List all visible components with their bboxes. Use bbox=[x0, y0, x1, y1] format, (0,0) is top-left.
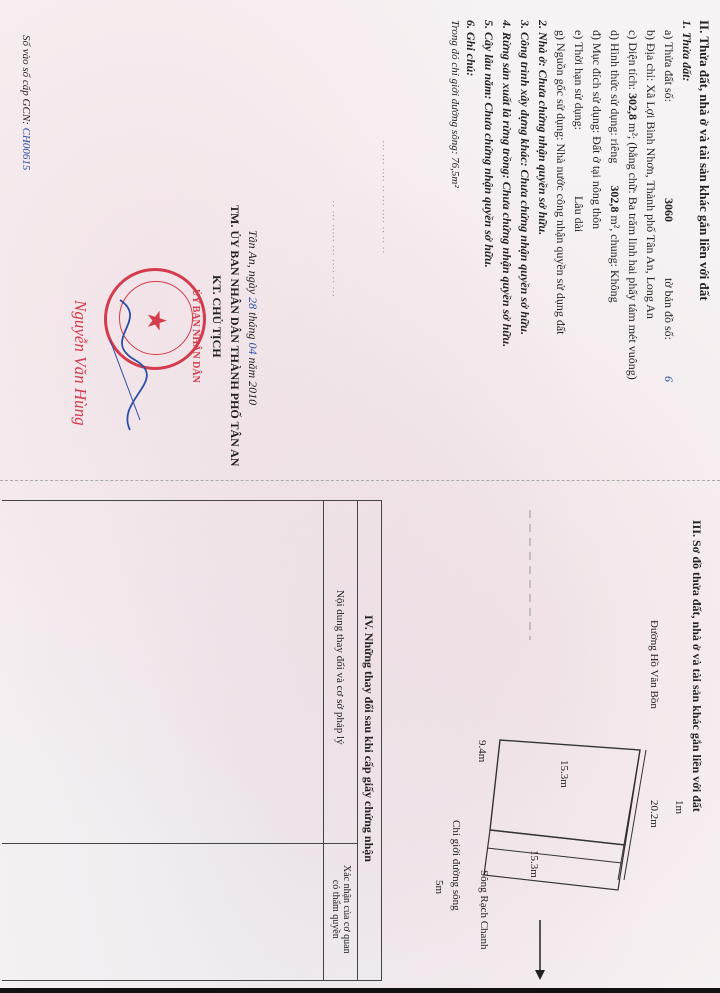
parcel-number-label: a) Thửa đất số: bbox=[662, 30, 676, 102]
dim-gap: 1m bbox=[673, 800, 685, 814]
purpose-value: Đất ở tại nông thôn bbox=[590, 136, 604, 229]
table-title-divider bbox=[357, 500, 358, 980]
bleed-through-text: ·· ·· ·· ···· ··· ·· ···· ··· ··· bbox=[378, 140, 390, 254]
term-row: e) Thời hạn sử dụng: Lâu dài bbox=[571, 30, 586, 232]
area-row: c) Diện tích: 302,8 m²; (bằng chữ: Ba tr… bbox=[625, 30, 640, 380]
place-date: Tân An, ngày 28 tháng 04 năm 2010 bbox=[245, 230, 260, 405]
dim-left: 9.4m bbox=[476, 740, 488, 762]
map-sheet-value: 6 bbox=[662, 376, 676, 382]
table-left-border bbox=[2, 500, 382, 501]
dim-setback: 5m bbox=[433, 880, 445, 894]
purpose-label: đ) Mục đích sử dụng: bbox=[590, 30, 604, 133]
column-confirmation-header: Xác nhận của cơ quan có thẩm quyền bbox=[330, 865, 352, 954]
dim-right: 20.2m bbox=[648, 800, 660, 828]
confirmation-line-1: Xác nhận của cơ quan bbox=[341, 865, 352, 954]
dim-top: 15.3m bbox=[558, 760, 570, 788]
signer-role: KT. CHỦ TỊCH bbox=[209, 275, 224, 358]
issue-year: năm 2010 bbox=[246, 357, 260, 405]
section-ii-title: II. Thửa đất, nhà ở và tài sản khác gắn … bbox=[696, 20, 712, 301]
forest-status: 4. Rừng sản xuất là rừng trồng: Chưa chứ… bbox=[499, 20, 514, 347]
map-sheet-label: tờ bản đồ số: bbox=[662, 278, 676, 340]
usage-shared-value: Không bbox=[608, 270, 622, 303]
area-label: c) Diện tích: bbox=[626, 30, 640, 90]
house-status: 2. Nhà ở: Chưa chứng nhận quyền sở hữu. bbox=[535, 20, 550, 235]
perennial-status: 5. Cây lâu năm: Chưa chứng nhận quyền sở… bbox=[481, 20, 496, 268]
address-value: Xã Lợi Bình Nhơn, Thành phố Tân An, Long… bbox=[644, 84, 658, 319]
registry-row: Số vào sổ cấp GCN: CH00615 bbox=[20, 35, 32, 170]
month-label: tháng bbox=[246, 312, 260, 339]
issue-day: 28 bbox=[246, 297, 260, 309]
parcel-number-row: a) Thửa đất số: 3060 tờ bản đồ số: 6 bbox=[661, 30, 676, 382]
signature-scribble bbox=[90, 300, 160, 440]
issue-month: 04 bbox=[246, 342, 260, 354]
river-boundary-label: Chỉ giới đường sông bbox=[450, 820, 462, 911]
term-label: e) Thời hạn sử dụng: bbox=[572, 30, 586, 130]
notes-value: Trong đó chỉ giới đường sông: 76,5m² bbox=[449, 20, 461, 188]
usage-shared-label: m², chung: bbox=[608, 215, 622, 267]
usage-form-row: d) Hình thức sử dụng: riêng 302,8 m², ch… bbox=[607, 30, 622, 303]
land-heading: 1. Thửa đất: bbox=[679, 20, 694, 82]
bottom-edge bbox=[0, 988, 720, 993]
issuing-org: TM. ỦY BAN NHÂN DÂN THÀNH PHỐ TÂN AN bbox=[227, 205, 242, 466]
parcel-number-value: 3060 bbox=[662, 198, 676, 222]
river-label: Sông Rạch Chanh bbox=[478, 870, 490, 949]
registry-label: Số vào sổ cấp GCN: bbox=[20, 35, 32, 125]
notes-heading: 6. Ghi chú: bbox=[463, 20, 478, 76]
bleed-through-text: ··· ·· ···· ··· ····· ··· ·· bbox=[328, 200, 340, 297]
section-iii-title: III. Sơ đồ thửa đất, nhà ở và tài sản kh… bbox=[689, 520, 704, 812]
purpose-row: đ) Mục đích sử dụng: Đất ở tại nông thôn bbox=[589, 30, 604, 229]
confirmation-line-2: có thẩm quyền bbox=[330, 865, 341, 954]
other-construction-status: 3. Công trình xây dựng khác: Chưa chứng … bbox=[517, 20, 532, 335]
parcel-sketch bbox=[470, 500, 690, 980]
certificate-page: II. Thửa đất, nhà ở và tài sản khác gắn … bbox=[0, 0, 720, 993]
origin-label: g) Nguồn gốc sử dụng: bbox=[554, 30, 568, 141]
usage-form-label: d) Hình thức sử dụng: riêng bbox=[608, 30, 622, 163]
rotated-document: II. Thửa đất, nhà ở và tài sản khác gắn … bbox=[0, 0, 720, 993]
road-label: Đường Hồ Văn Bồn bbox=[648, 620, 660, 709]
address-label: b) Địa chỉ: bbox=[644, 30, 658, 81]
stamp-text: ỦY BAN NHÂN DÂN bbox=[190, 289, 201, 383]
fold-line bbox=[0, 480, 720, 482]
area-unit-words: m²; (bằng chữ: Ba trăm linh hai phẩy tám… bbox=[626, 123, 640, 380]
registry-value: CH00615 bbox=[20, 128, 32, 171]
table-header-divider bbox=[323, 500, 324, 980]
table-right-border bbox=[2, 980, 382, 981]
area-value: 302,8 bbox=[626, 93, 640, 120]
origin-row: g) Nguồn gốc sử dụng: Nhà nước công nhận… bbox=[553, 30, 568, 334]
dim-bottom: 15.3m bbox=[528, 850, 540, 878]
signer-name: Nguyễn Văn Hùng bbox=[70, 300, 90, 426]
section-iv-title: IV. Những thay đổi sau khi cấp giấy chứn… bbox=[361, 615, 376, 862]
origin-value: Nhà nước công nhận quyền sử dụng đất bbox=[554, 144, 568, 335]
place-date-prefix: Tân An, ngày bbox=[246, 230, 260, 294]
table-top-border bbox=[381, 500, 382, 980]
address-row: b) Địa chỉ: Xã Lợi Bình Nhơn, Thành phố … bbox=[643, 30, 658, 319]
table-column-divider bbox=[2, 843, 358, 844]
column-changes-header: Nội dung thay đổi và cơ sở pháp lý bbox=[334, 590, 346, 745]
term-value: Lâu dài bbox=[572, 196, 586, 232]
usage-private-value: 302,8 bbox=[608, 185, 622, 212]
